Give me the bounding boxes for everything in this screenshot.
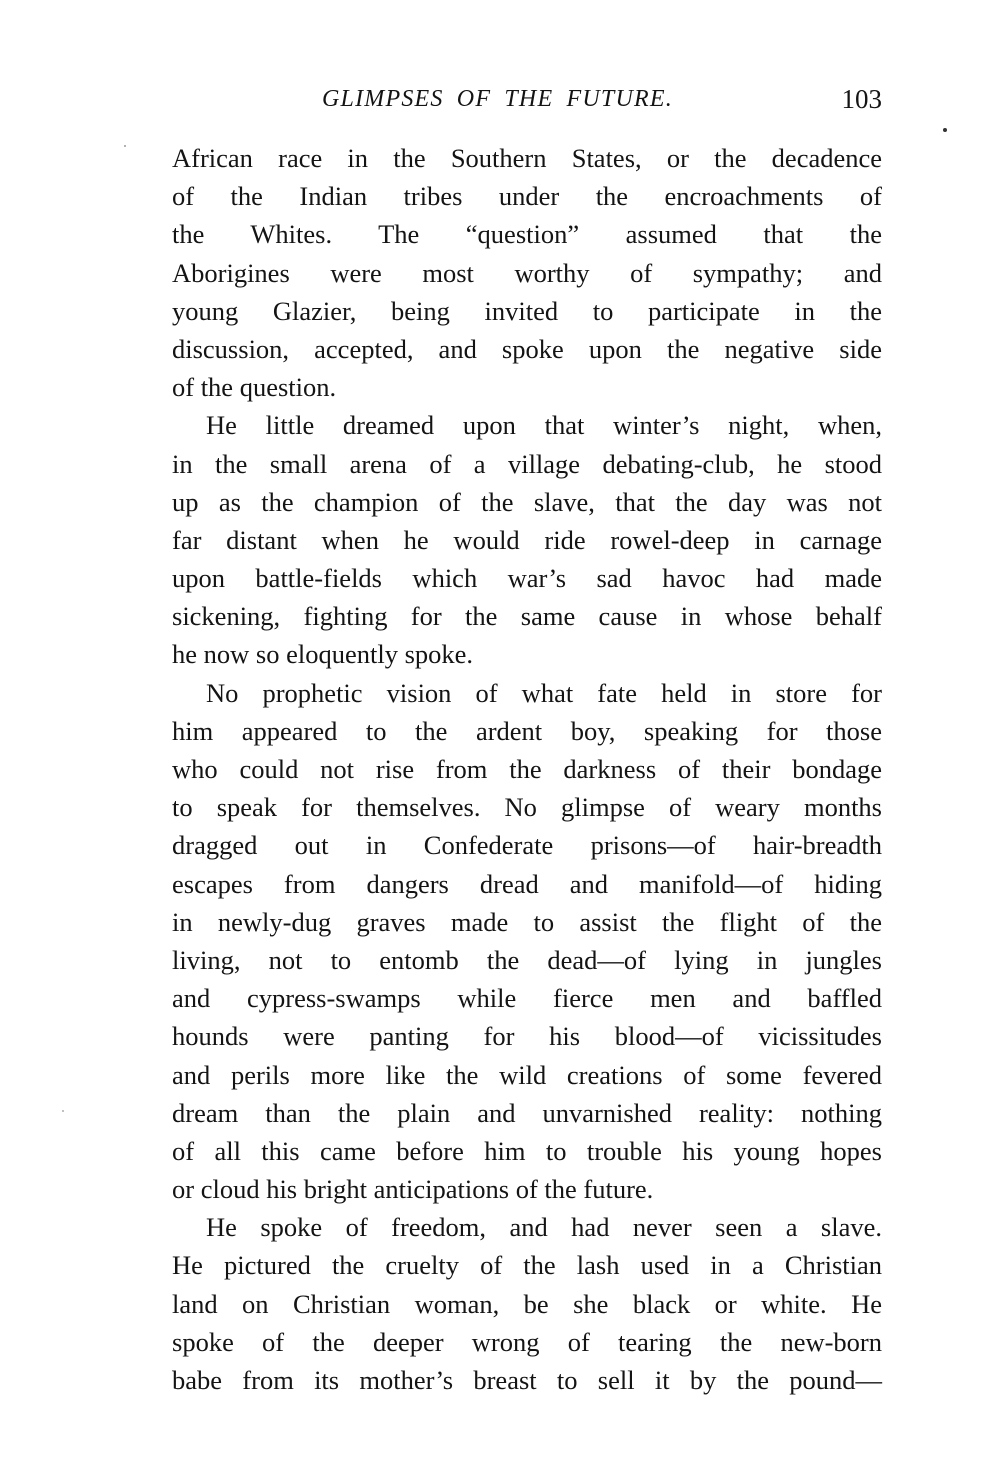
text-line: or cloud his bright anticipations of the…	[172, 1170, 882, 1208]
text-line: No prophetic vision of what fate held in…	[172, 674, 882, 712]
text-line: of the Indian tribes under the encroachm…	[172, 177, 882, 215]
text-line: in the small arena of a village debating…	[172, 445, 882, 483]
text-line: He little dreamed upon that winter’s nig…	[172, 406, 882, 444]
text-line: young Glazier, being invited to particip…	[172, 292, 882, 330]
text-line: Aborigines were most worthy of sympathy;…	[172, 254, 882, 292]
text-line: of the question.	[172, 368, 882, 406]
text-line: and perils more like the wild creations …	[172, 1056, 882, 1094]
text-line: to speak for themselves. No glimpse of w…	[172, 788, 882, 826]
book-page: GLIMPSES OF THE FUTURE. 103 African race…	[172, 80, 882, 1399]
paragraph-1: African race in the Southern States, or …	[172, 139, 882, 406]
text-line: He spoke of freedom, and had never seen …	[172, 1208, 882, 1246]
text-line: dragged out in Confederate prisons—of ha…	[172, 826, 882, 864]
text-line: far distant when he would ride rowel-dee…	[172, 521, 882, 559]
scan-speck	[124, 145, 126, 147]
paragraph-2: He little dreamed upon that winter’s nig…	[172, 406, 882, 673]
text-line: hounds were panting for his blood—of vic…	[172, 1017, 882, 1055]
text-line: up as the champion of the slave, that th…	[172, 483, 882, 521]
text-line: sickening, fighting for the same cause i…	[172, 597, 882, 635]
text-line: who could not rise from the darkness of …	[172, 750, 882, 788]
text-line: and cypress-swamps while fierce men and …	[172, 979, 882, 1017]
text-line: escapes from dangers dread and manifold—…	[172, 865, 882, 903]
text-line: of all this came before him to trouble h…	[172, 1132, 882, 1170]
text-line: in newly-dug graves made to assist the f…	[172, 903, 882, 941]
page-number: 103	[842, 84, 883, 115]
text-line: He pictured the cruelty of the lash used…	[172, 1246, 882, 1284]
text-line: land on Christian woman, be she black or…	[172, 1285, 882, 1323]
body-text: African race in the Southern States, or …	[172, 139, 882, 1399]
scan-speck	[62, 1110, 64, 1112]
text-line: discussion, accepted, and spoke upon the…	[172, 330, 882, 368]
text-line: dream than the plain and unvarnished rea…	[172, 1094, 882, 1132]
text-line: living, not to entomb the dead—of lying …	[172, 941, 882, 979]
paragraph-3: No prophetic vision of what fate held in…	[172, 674, 882, 1209]
text-line: African race in the Southern States, or …	[172, 139, 882, 177]
scan-speck	[943, 128, 947, 132]
text-line: spoke of the deeper wrong of tearing the…	[172, 1323, 882, 1361]
text-line: he now so eloquently spoke.	[172, 635, 882, 673]
text-line: babe from its mother’s breast to sell it…	[172, 1361, 882, 1399]
paragraph-4: He spoke of freedom, and had never seen …	[172, 1208, 882, 1399]
text-line: him appeared to the ardent boy, speaking…	[172, 712, 882, 750]
text-line: upon battle-fields which war’s sad havoc…	[172, 559, 882, 597]
text-line: the Whites. The “question” assumed that …	[172, 215, 882, 253]
running-title: GLIMPSES OF THE FUTURE.	[322, 86, 673, 113]
running-head: GLIMPSES OF THE FUTURE. 103	[172, 80, 882, 124]
